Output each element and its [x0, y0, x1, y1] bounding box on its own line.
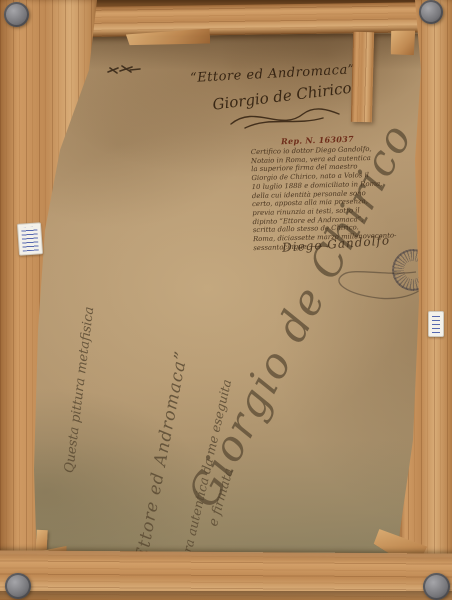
- corner-bolt-icon: [5, 573, 31, 599]
- stretcher-key-top-right: [389, 29, 417, 57]
- painting-back-photo: Questa pittura metafisica “Ettore ed And…: [0, 0, 452, 600]
- inventory-label: [17, 222, 43, 256]
- inventory-label: [428, 311, 444, 337]
- corner-bolt-icon: [4, 2, 29, 27]
- inventory-label-text-lines: [21, 226, 39, 251]
- corner-bolt-icon: [423, 573, 450, 600]
- signature-flourish: [225, 100, 345, 134]
- inventory-label-text-lines: [432, 315, 440, 333]
- stretcher-bar-bottom-seam: [0, 591, 452, 600]
- scribble-mark: [106, 62, 142, 80]
- corner-bolt-icon: [419, 0, 443, 24]
- corner-brace-top-right: [351, 32, 374, 123]
